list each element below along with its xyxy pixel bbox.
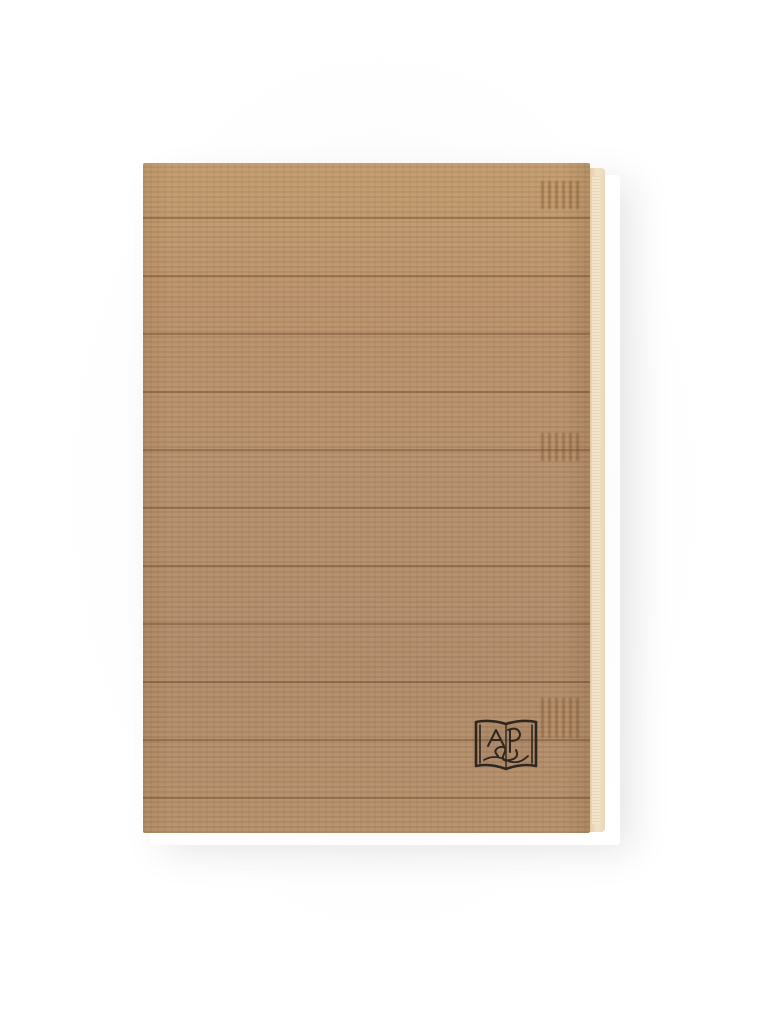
- monogram-stamp-icon: [472, 716, 540, 774]
- stain-mark: [541, 698, 581, 738]
- stain-mark: [541, 433, 581, 461]
- page-edges-texture: [592, 176, 600, 824]
- stain-mark: [541, 181, 581, 209]
